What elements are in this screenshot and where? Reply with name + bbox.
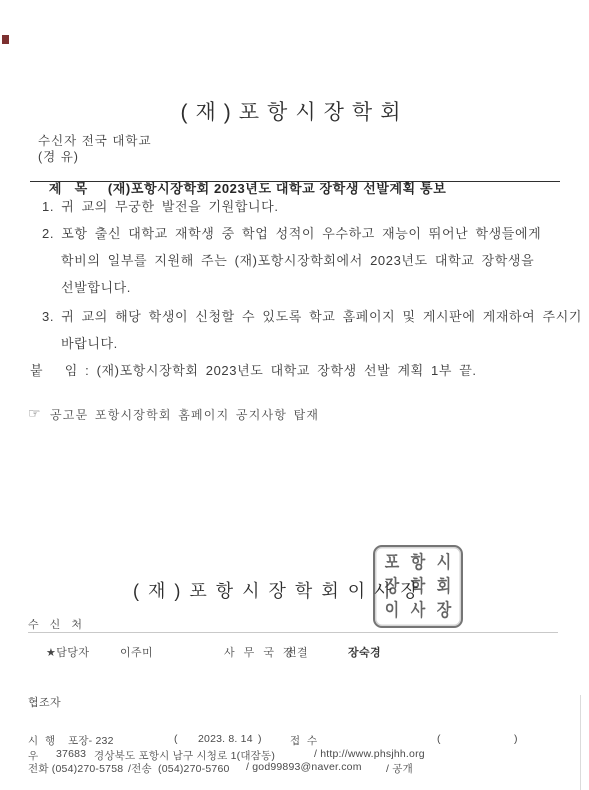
body-line-2c: 선발합니다. (61, 277, 131, 296)
scan-edge-line (580, 695, 581, 790)
body-line-2a: 2. 포항 출신 대학교 재학생 중 학업 성적이 우수하고 재능이 뛰어난 학… (42, 223, 541, 242)
receipt-paren-close: ) (514, 733, 518, 745)
scan-artifact-mark (2, 35, 9, 44)
website-url: / http://www.phsjhh.org (314, 748, 425, 760)
body-line-3a: 3. 귀 교의 해당 학생이 신청할 수 있도록 학교 홈페이지 및 게시판에 … (42, 306, 582, 325)
manager-label: ★담당자 (46, 644, 89, 660)
postal-code: 37683 (56, 748, 86, 760)
subject-label: 제 목 (49, 181, 88, 196)
signer-title: (재)포항시장학회이사장 (133, 577, 427, 603)
issue-date-paren-open: ( (174, 733, 178, 745)
approval-mark: 전결 (286, 644, 308, 660)
issue-date-paren-close: ) (258, 733, 262, 745)
fax-number: /전송 (054)270-5760 (128, 761, 230, 776)
body-line-3b: 바랍니다. (61, 333, 118, 352)
seal-char: 사 (411, 601, 426, 619)
disclosure-status: / 공개 (386, 761, 413, 776)
subject-underline (30, 181, 560, 182)
pointing-hand-icon: ☞ (28, 405, 41, 422)
org-title: (재)포항시장학회 (0, 96, 589, 126)
issue-label: 시 행 (28, 733, 57, 748)
body-line-2b: 학비의 일부를 지원해 주는 (재)포항시장학회에서 2023년도 대학교 장학… (61, 250, 534, 269)
seal-char: 회 (437, 578, 452, 596)
email-address: / god99893@naver.com (246, 761, 362, 773)
seal-char: 포 (385, 554, 400, 572)
receipt-paren-open: ( (437, 733, 441, 745)
scanned-official-letter: (재)포항시장학회 수신자 전국 대학교 (경 유) 제 목(재)포항시장학회 … (0, 0, 589, 790)
issue-number: 포장- 232 (68, 733, 114, 748)
body-line-1: 1. 귀 교의 무궁한 발전을 기원합니다. (42, 196, 279, 215)
seal-char: 시 (437, 554, 452, 572)
phone-number: 전화 (054)270-5758 (28, 761, 123, 776)
subject-text: (재)포항시장학회 2023년도 대학교 장학생 선발계획 통보 (108, 181, 447, 196)
director-name: 장숙경 (348, 644, 381, 660)
seal-char: 장 (437, 601, 452, 619)
attachment-line: 붙 임 : (재)포항시장학회 2023년도 대학교 장학생 선발 계획 1부 … (30, 360, 477, 379)
notice-line: 공고문 포항시장학회 홈페이지 공지사항 탑재 (50, 406, 319, 423)
recipients-divider (28, 632, 558, 633)
seal-char: 이 (385, 601, 400, 619)
manager-name: 이주미 (120, 644, 153, 660)
cooperator-label: 협조자 (28, 694, 61, 710)
receipt-label: 접 수 (290, 733, 319, 748)
issue-date: 2023. 8. 14 (198, 733, 253, 745)
recipients-label: 수 신 처 (28, 616, 86, 632)
seal-char: 항 (411, 554, 426, 572)
